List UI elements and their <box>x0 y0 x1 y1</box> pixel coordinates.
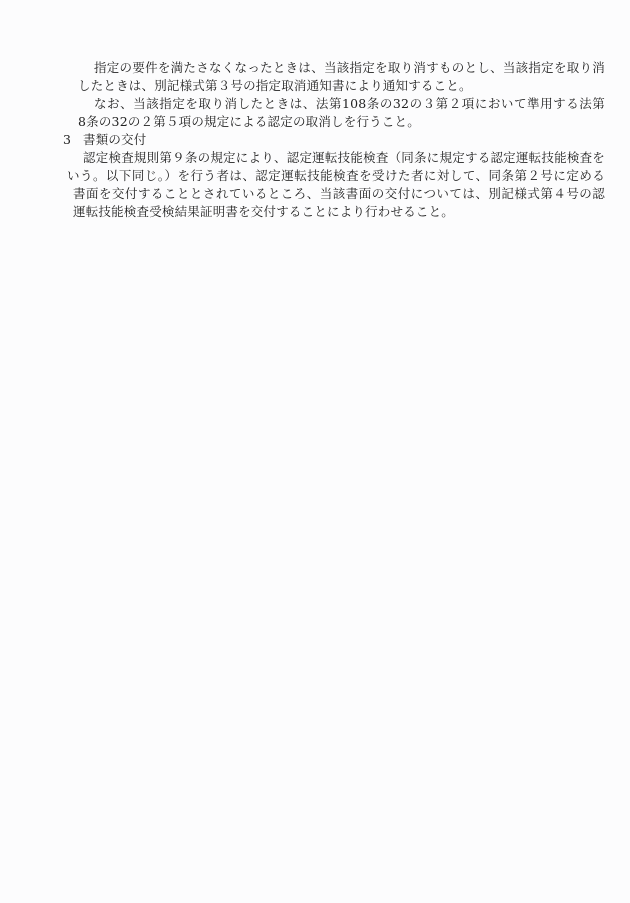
item-3-heading: 3書類の交付 <box>63 131 605 149</box>
paragraph-line: いう。以下同じ。）を行う者は、認定運転技能検査を受けた者に対して、同条第２号に定… <box>63 167 605 185</box>
item-title: 書類の交付 <box>83 132 147 147</box>
paragraph-line: したときは、別記様式第３号の指定取消通知書により通知すること。 <box>63 77 605 95</box>
document-page: 指定の要件を満たさなくなったときは、当該指定を取り消すものとし、当該指定を取り消… <box>0 0 630 903</box>
document-text-block: 指定の要件を満たさなくなったときは、当該指定を取り消すものとし、当該指定を取り消… <box>63 59 605 221</box>
paragraph-line: 認定検査規則第９条の規定により、認定運転技能検査（同条に規定する認定運転技能検査… <box>63 149 605 167</box>
paragraph-line: 書面を交付することとされているところ、当該書面の交付については、別記様式第４号の… <box>63 185 605 203</box>
paragraph-line: 指定の要件を満たさなくなったときは、当該指定を取り消すものとし、当該指定を取り消 <box>63 59 605 77</box>
paragraph-line: 運転技能検査受検結果証明書を交付することにより行わせること。 <box>63 203 605 221</box>
paragraph-line: なお、当該指定を取り消したときは、法第108条の32の３第２項において準用する法… <box>63 95 605 113</box>
paragraph-line: 8条の32の２第５項の規定による認定の取消しを行うこと。 <box>63 113 605 131</box>
item-number: 3 <box>63 131 83 149</box>
